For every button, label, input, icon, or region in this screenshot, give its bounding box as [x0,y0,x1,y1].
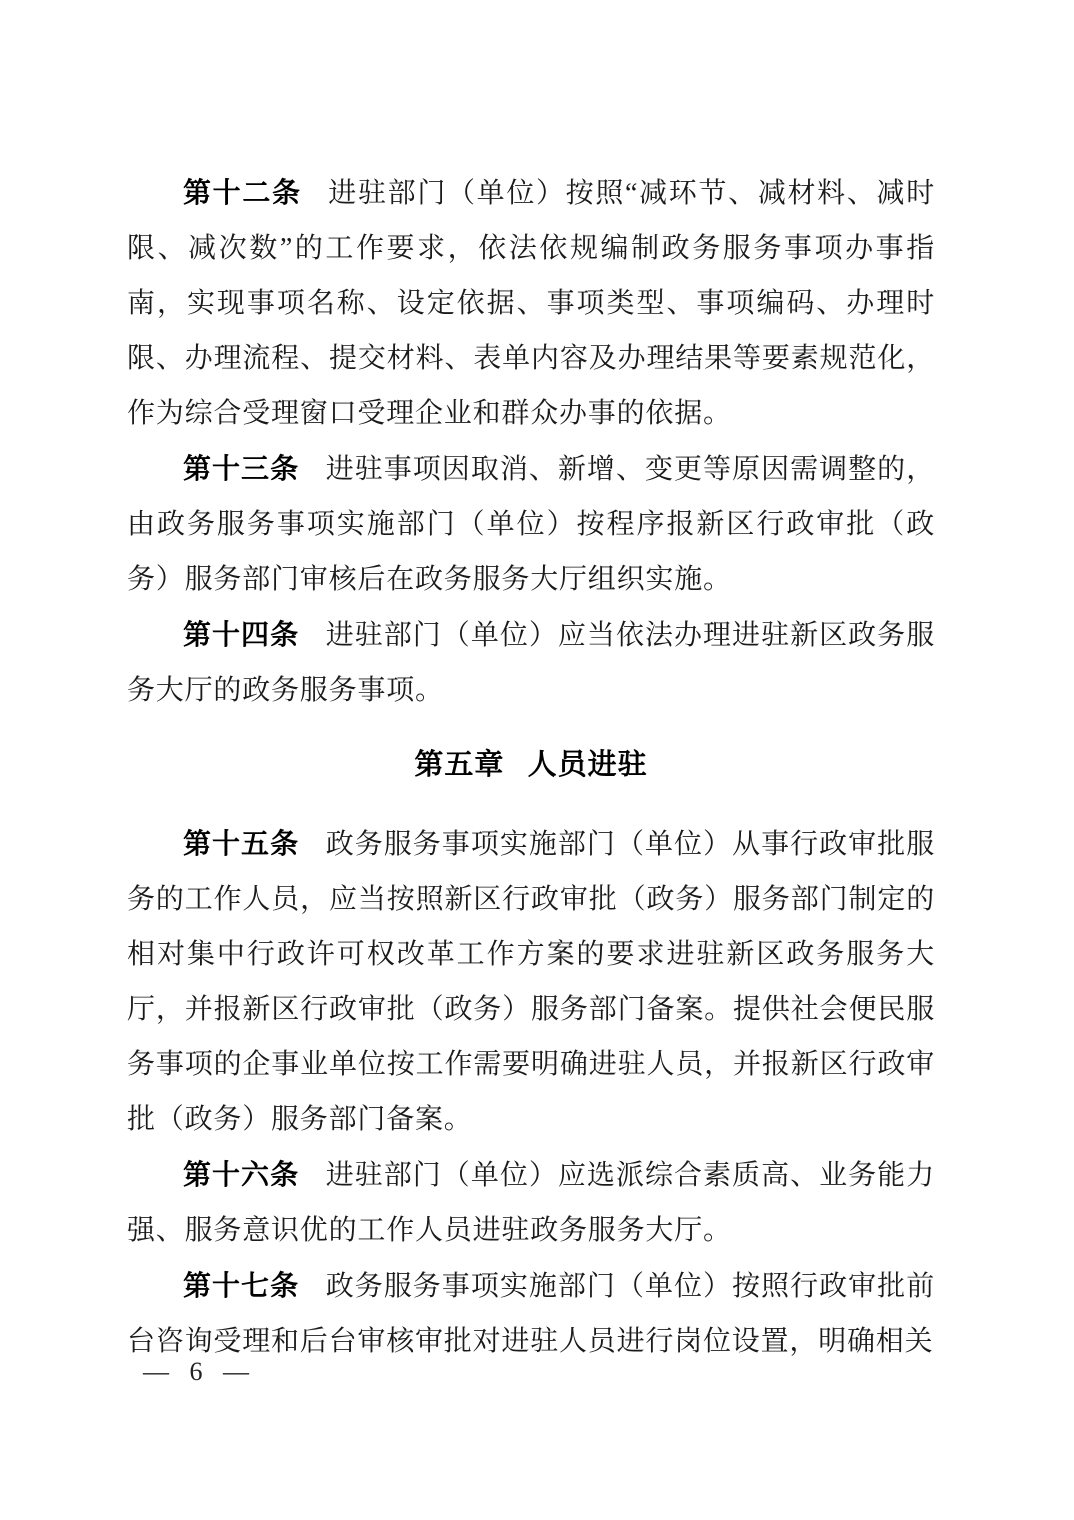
article-paragraph-16: 第十六条进驻部门（单位）应选派综合素质高、业务能力强、服务意识优的工作人员进驻政… [127,1147,935,1258]
article-text-12: 进驻部门（单位）按照“减环节、减材料、减时限、减次数”的工作要求，依法依规编制政… [127,178,935,429]
article-paragraph-13: 第十三条进驻事项因取消、新增、变更等原因需调整的，由政务服务事项实施部门（单位）… [127,441,935,607]
page-number-footer: — 6 — [143,1352,249,1392]
article-text-15: 政务服务事项实施部门（单位）从事行政审批服务的工作人员，应当按照新区行政审批（政… [127,829,935,1135]
chapter-heading: 第五章人员进驻 [127,738,935,793]
article-paragraph-15: 第十五条政务服务事项实施部门（单位）从事行政审批服务的工作人员，应当按照新区行政… [127,816,935,1147]
article-number-12: 第十二条 [183,177,302,208]
document-page: 第十二条进驻部门（单位）按照“减环节、减材料、减时限、减次数”的工作要求，依法依… [0,0,1074,1520]
chapter-title: 人员进驻 [528,749,648,781]
document-content: 第十二条进驻部门（单位）按照“减环节、减材料、减时限、减次数”的工作要求，依法依… [127,165,935,1369]
article-paragraph-12: 第十二条进驻部门（单位）按照“减环节、减材料、减时限、减次数”的工作要求，依法依… [127,165,935,441]
article-number-16: 第十六条 [183,1159,299,1190]
article-number-15: 第十五条 [183,828,299,859]
article-paragraph-14: 第十四条进驻部门（单位）应当依法办理进驻新区政务服务大厅的政务服务事项。 [127,607,935,718]
chapter-number: 第五章 [414,749,504,781]
article-number-14: 第十四条 [183,619,299,650]
article-number-17: 第十七条 [183,1270,299,1301]
article-number-13: 第十三条 [183,453,299,484]
